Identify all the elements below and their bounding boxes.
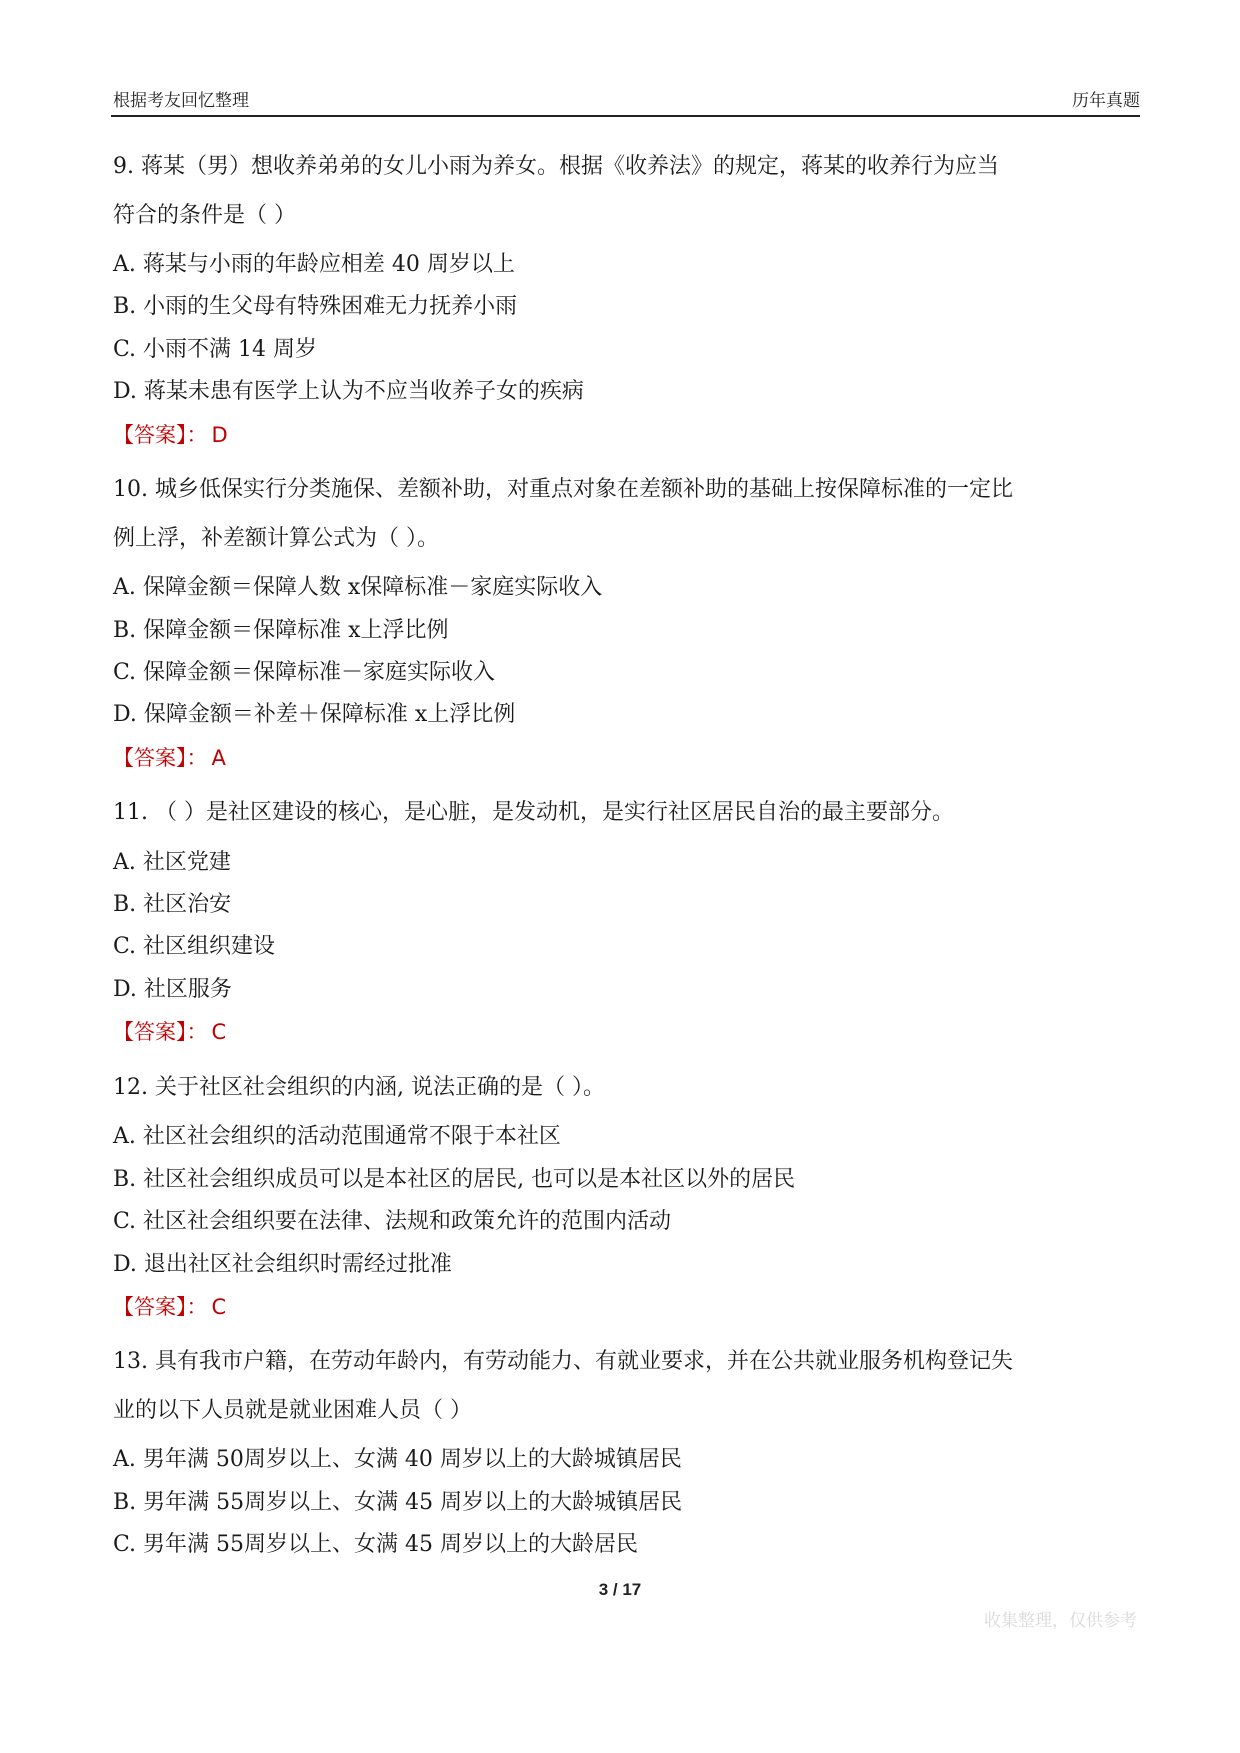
answer-value: D <box>212 423 228 447</box>
document-page: 根据考友回忆整理 历年真题 9. 蒋某（男）想收养弟弟的女儿小雨为养女。根据《收… <box>0 0 1240 1753</box>
question-11-option-b: B. 社区治安 <box>113 891 231 919</box>
question-9-option-c: C. 小雨不满 14 周岁 <box>113 336 317 364</box>
question-10-option-a: A. 保障金额＝保障人数 x保障标准－家庭实际收入 <box>113 574 602 602</box>
question-9-answer: 【答案】：D <box>113 421 228 449</box>
question-9-option-a: A. 蒋某与小雨的年龄应相差 40 周岁以上 <box>113 251 515 279</box>
question-13-option-b: B. 男年满 55周岁以上、女满 45 周岁以上的大龄城镇居民 <box>113 1489 682 1517</box>
answer-value: C <box>212 1295 227 1319</box>
question-12-option-a: A. 社区社会组织的活动范围通常不限于本社区 <box>113 1123 561 1151</box>
question-9-option-b: B. 小雨的生父母有特殊困难无力抚养小雨 <box>113 293 517 321</box>
question-12-option-b: B. 社区社会组织成员可以是本社区的居民, 也可以是本社区以外的居民 <box>113 1166 795 1194</box>
question-10-stem-line-1: 10. 城乡低保实行分类施保、差额补助，对重点对象在差额补助的基础上按保障标准的… <box>113 476 1013 504</box>
question-13-stem-line-2: 业的以下人员就是就业困难人员（ ） <box>113 1397 472 1425</box>
header-left-title: 根据考友回忆整理 <box>113 86 249 111</box>
question-9-stem-line-2: 符合的条件是（ ） <box>113 202 296 230</box>
watermark-text: 收集整理，仅供参考 <box>984 1606 1137 1631</box>
question-11-answer: 【答案】：C <box>113 1018 226 1046</box>
question-10-option-b: B. 保障金额＝保障标准 x上浮比例 <box>113 617 449 645</box>
header-right-title: 历年真题 <box>1072 86 1140 111</box>
answer-label: 【答案】： <box>113 423 208 447</box>
header-divider <box>111 115 1140 117</box>
question-13-option-c: C. 男年满 55周岁以上、女满 45 周岁以上的大龄居民 <box>113 1531 638 1559</box>
answer-value: A <box>212 746 226 770</box>
question-10-option-d: D. 保障金额＝补差＋保障标准 x上浮比例 <box>113 701 515 729</box>
question-10-answer: 【答案】：A <box>113 744 226 772</box>
question-9-option-d: D. 蒋某未患有医学上认为不应当收养子女的疾病 <box>113 378 584 406</box>
answer-label: 【答案】： <box>113 1020 208 1044</box>
question-11-stem-line-1: 11. （ ）是社区建设的核心，是心脏，是发动机，是实行社区居民自治的最主要部分… <box>113 799 954 827</box>
answer-label: 【答案】： <box>113 746 208 770</box>
question-9-stem-line-1: 9. 蒋某（男）想收养弟弟的女儿小雨为养女。根据《收养法》的规定，蒋某的收养行为… <box>113 153 999 181</box>
question-12-option-d: D. 退出社区社会组织时需经过批准 <box>113 1251 452 1279</box>
question-11-option-c: C. 社区组织建设 <box>113 933 275 961</box>
page-number: 3 / 17 <box>0 1580 1240 1600</box>
question-12-answer: 【答案】：C <box>113 1293 226 1321</box>
question-10-option-c: C. 保障金额＝保障标准－家庭实际收入 <box>113 659 495 687</box>
question-13-option-a: A. 男年满 50周岁以上、女满 40 周岁以上的大龄城镇居民 <box>113 1446 682 1474</box>
question-11-option-d: D. 社区服务 <box>113 976 232 1004</box>
question-12-stem-line-1: 12. 关于社区社会组织的内涵, 说法正确的是（ ）。 <box>113 1074 605 1102</box>
answer-value: C <box>212 1020 227 1044</box>
question-10-stem-line-2: 例上浮，补差额计算公式为（ ）。 <box>113 525 439 553</box>
answer-label: 【答案】： <box>113 1295 208 1319</box>
question-13-stem-line-1: 13. 具有我市户籍，在劳动年龄内，有劳动能力、有就业要求，并在公共就业服务机构… <box>113 1348 1013 1376</box>
question-11-option-a: A. 社区党建 <box>113 849 231 877</box>
question-12-option-c: C. 社区社会组织要在法律、法规和政策允许的范围内活动 <box>113 1208 671 1236</box>
